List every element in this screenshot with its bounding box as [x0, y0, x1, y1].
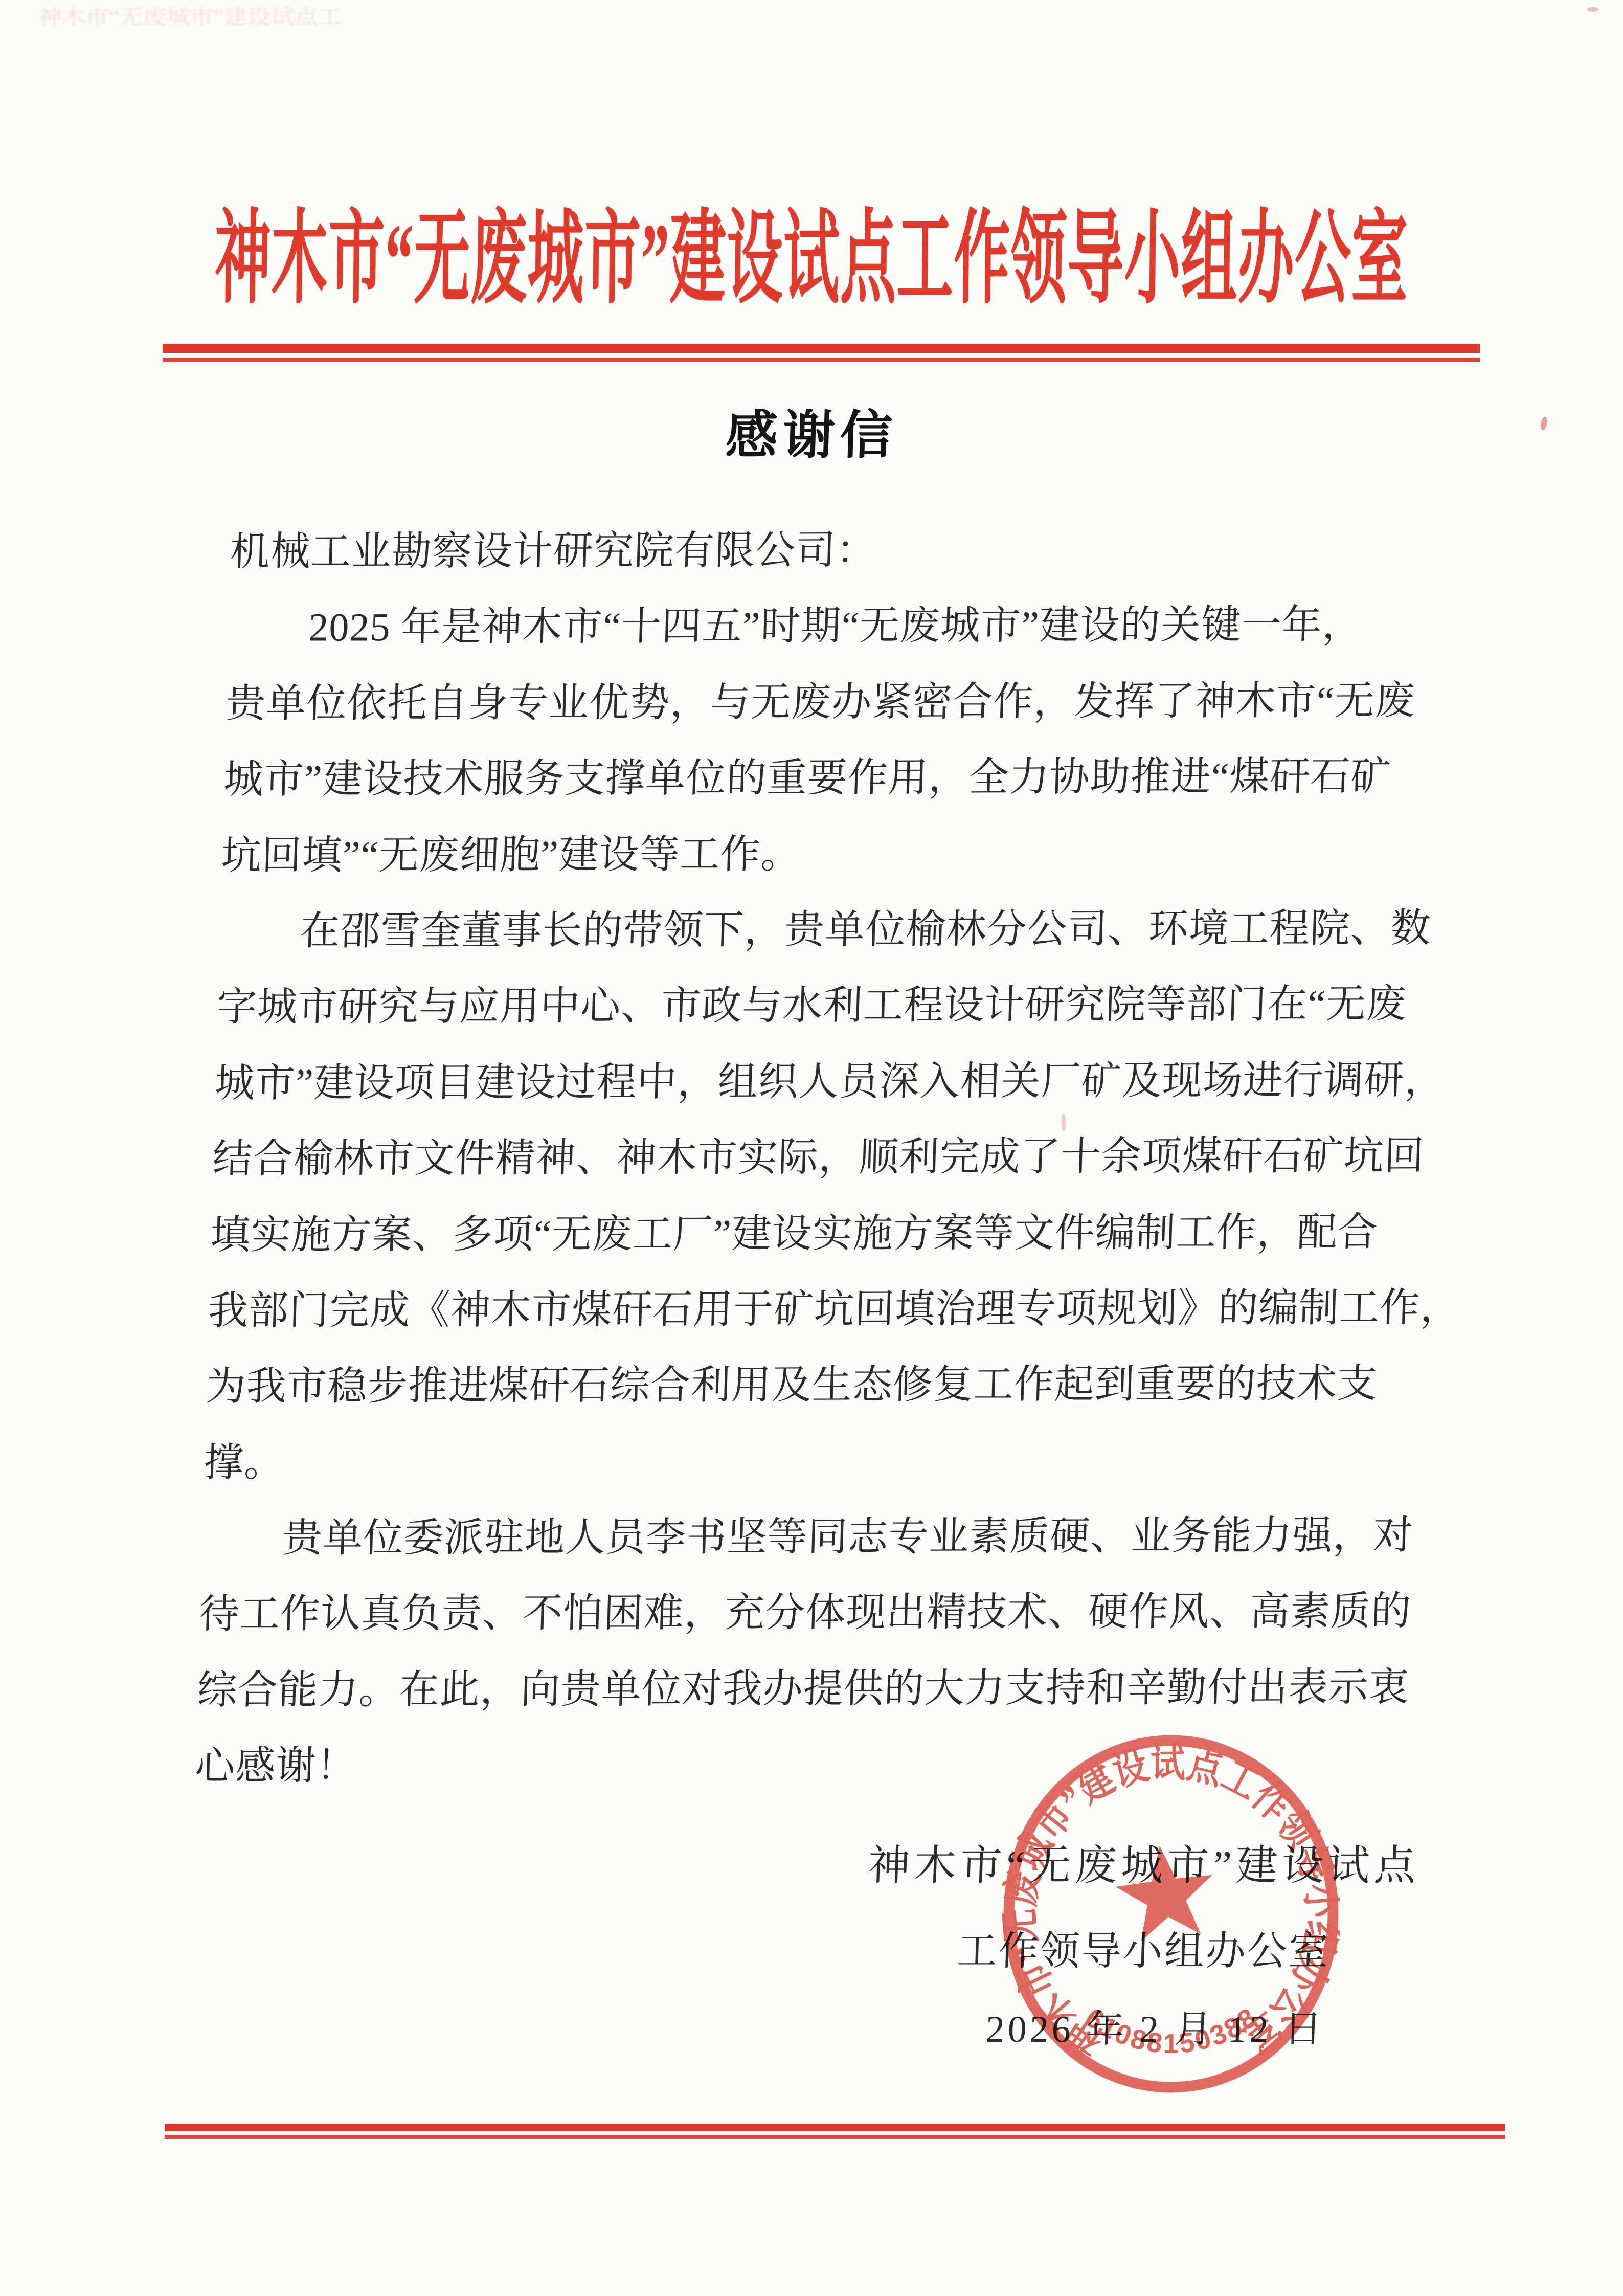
body-line: 为我市稳步推进煤矸石综合利用及生态修复工作起到重要的技术支 — [205, 1346, 1420, 1425]
body-line: 撑。 — [202, 1421, 1417, 1501]
body-line: 字城市研究与应用中心、市政与水利工程设计研究院等部门在“无废 — [216, 966, 1431, 1045]
letterhead-title: 神木市“无废城市”建设试点工作领导小组办公室 — [214, 201, 1409, 319]
letterhead: 神木市“无废城市”建设试点工作领导小组办公室 — [0, 201, 1623, 319]
body-line: 城市”建设技术服务支撑单位的重要作用，全力协助推进“煤矸石矿 — [222, 739, 1437, 818]
seal-code: 61088150388 — [1079, 2002, 1262, 2059]
footer-rule-thick — [165, 2124, 1505, 2131]
letter-title: 感谢信 — [0, 394, 1623, 469]
body-line: 填实施方案、多项“无废工厂”建设实施方案等文件编制工作，配合 — [209, 1194, 1424, 1273]
salutation: 机械工业勘察设计研究院有限公司： — [229, 511, 1444, 590]
body-line: 2025 年是神木市“十四五”时期“无废城市”建设的关键一年， — [227, 587, 1441, 666]
scan-speck — [1587, 7, 1598, 12]
body-line: 综合能力。在此，向贵单位对我办提供的大力支持和辛勤付出表示衷 — [196, 1649, 1411, 1729]
body-line: 我部门完成《神木市煤矸石用于矿坑回填治理专项规划》的编制工作， — [207, 1270, 1422, 1349]
letterhead-rule-thin — [163, 358, 1480, 362]
letter-page: 神木市“无废城市”建设试点工 神木市“无废城市”建设试点工作领导小组办公室 感谢… — [0, 0, 1623, 2296]
body-line: 城市”建设项目建设过程中，组织人员深入相关厂矿及现场进行调研， — [214, 1042, 1429, 1122]
star-icon — [1111, 1840, 1219, 1944]
body-line: 在邵雪奎董事长的带领下，贵单位榆林分公司、环境工程院、数 — [218, 890, 1433, 970]
body-line: 贵单位委派驻地人员李书坚等同志专业素质硬、业务能力强，对 — [200, 1498, 1415, 1577]
scan-artifact-text: 神木市“无废城市”建设试点工 — [38, 1, 366, 40]
body-line: 待工作认真负责、不怕困难，充分体现出精技术、硬作风、高素质的 — [198, 1573, 1413, 1653]
footer-rule-thin — [165, 2135, 1505, 2139]
body-line: 结合榆林市文件精神、神木市实际，顺利完成了十余项煤矸石矿坑回 — [212, 1118, 1427, 1197]
body-line: 贵单位依托自身专业优势，与无废办紧密合作，发挥了神木市“无废 — [224, 663, 1439, 742]
official-seal: 神木市“无废城市”建设试点工作领导小组办公室 61088150388 — [1002, 1735, 1340, 2093]
letter-body: 机械工业勘察设计研究院有限公司：2025 年是神木市“十四五”时期“无废城市”建… — [194, 511, 1444, 1804]
body-line: 坑回填”“无废细胞”建设等工作。 — [220, 814, 1435, 894]
letterhead-rule-thick — [163, 344, 1480, 353]
